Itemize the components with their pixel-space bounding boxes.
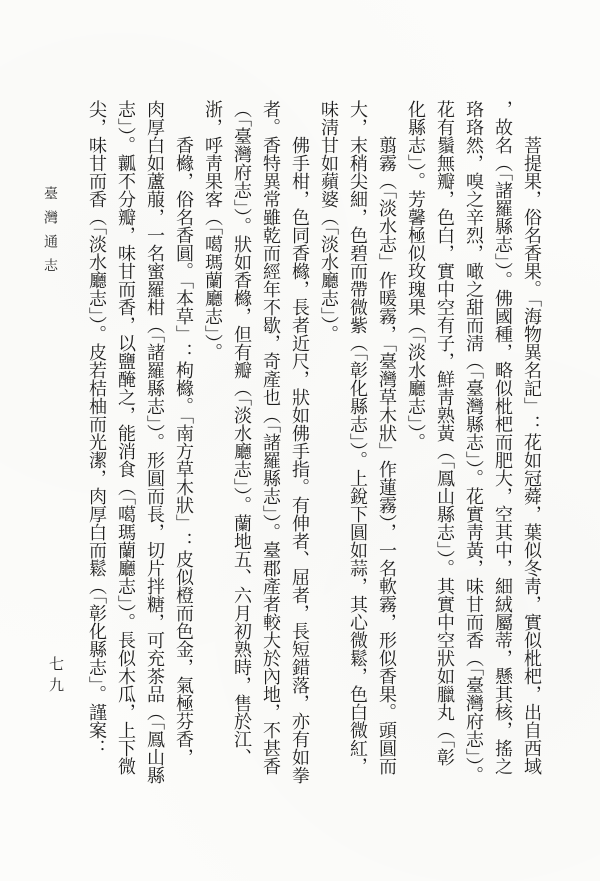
page-number: 七九 <box>46 656 67 698</box>
text-column: （「臺灣府志」）。狀如香櫞，但有瓣（「淡水廳志」）。蘭地五、六月初熟時，售於江、 <box>227 100 256 832</box>
text-column: 尖，味甘而香（「淡水廳志」）。皮若桔柚而光潔，肉厚白而鬆（「彰化縣志」。謹案： <box>82 100 111 832</box>
text-column: 浙，呼靑果客（「噶瑪蘭廳志」）。 <box>198 100 227 832</box>
book-page: 菩提果，俗名香果。「海物異名記」：花如冠蕣，葉似冬靑，實似枇杷，出自西域，故名（… <box>0 0 600 881</box>
text-column: ，故名（「諸羅縣志」）。佛國種，略似枇杷而肥大，空其中，細絨屬蒂，懸其核，搖之 <box>488 100 517 832</box>
text-column: 肉厚白如蘆菔，一名蜜羅柑（「諸羅縣志」）。形圓而長，切片拌糖，可充茶品（「鳳山縣 <box>140 100 169 832</box>
entry-start-column: 菩提果，俗名香果。「海物異名記」：花如冠蕣，葉似冬靑，實似枇杷，出自西域 <box>517 100 546 832</box>
text-column: 珞珞然，嗅之辛烈，噉之甜而淸（「臺灣縣志」）。花實靑黃，味甘而香（「臺灣府志」）… <box>459 100 488 832</box>
entry-start-column: 香櫞，俗名香圓。「本草」：枸櫞。「南方草木狀」：皮似橙而色金，氣極芬香， <box>169 100 198 832</box>
text-column: 味淸甘如蘋婆（「淡水廳志」）。 <box>314 100 343 832</box>
text-column: 花有鬚無瓣，色白，實中空有子，鮮靑熟黃（「鳳山縣志」）。其實中空狀如臘丸（「彰 <box>430 100 459 832</box>
spine-title: 臺灣通志 <box>40 186 60 282</box>
text-column: 者。香特異常雖乾而經年不歇，奇產也（「諸羅縣志」）。臺郡產者較大於內地，不甚香 <box>256 100 285 832</box>
text-column: 志」）。瓤不分瓣，味甘而香，以鹽醃之，能消食（「噶瑪蘭廳志」）。長似木瓜，上下微 <box>111 100 140 832</box>
main-text-block: 菩提果，俗名香果。「海物異名記」：花如冠蕣，葉似冬靑，實似枇杷，出自西域，故名（… <box>82 100 546 832</box>
text-column: 化縣志」）。芳馨極似玫瑰果（「淡水廳志」）。 <box>401 100 430 832</box>
text-column: 大，末稍尖細，色碧而帶微紫（「彰化縣志」）。上銳下圓如蒜，其心微鬆，色白微紅， <box>343 100 372 832</box>
entry-start-column: 佛手柑，色同香櫞，長者近尺，狀如佛手指。有伸者、屈者，長短錯落，亦有如拳 <box>285 100 314 832</box>
entry-start-column: 翦霧（「淡水志」作暖霧，「臺灣草木狀」作蓮霧），一名軟霧，形似香果。頭圓而 <box>372 100 401 832</box>
